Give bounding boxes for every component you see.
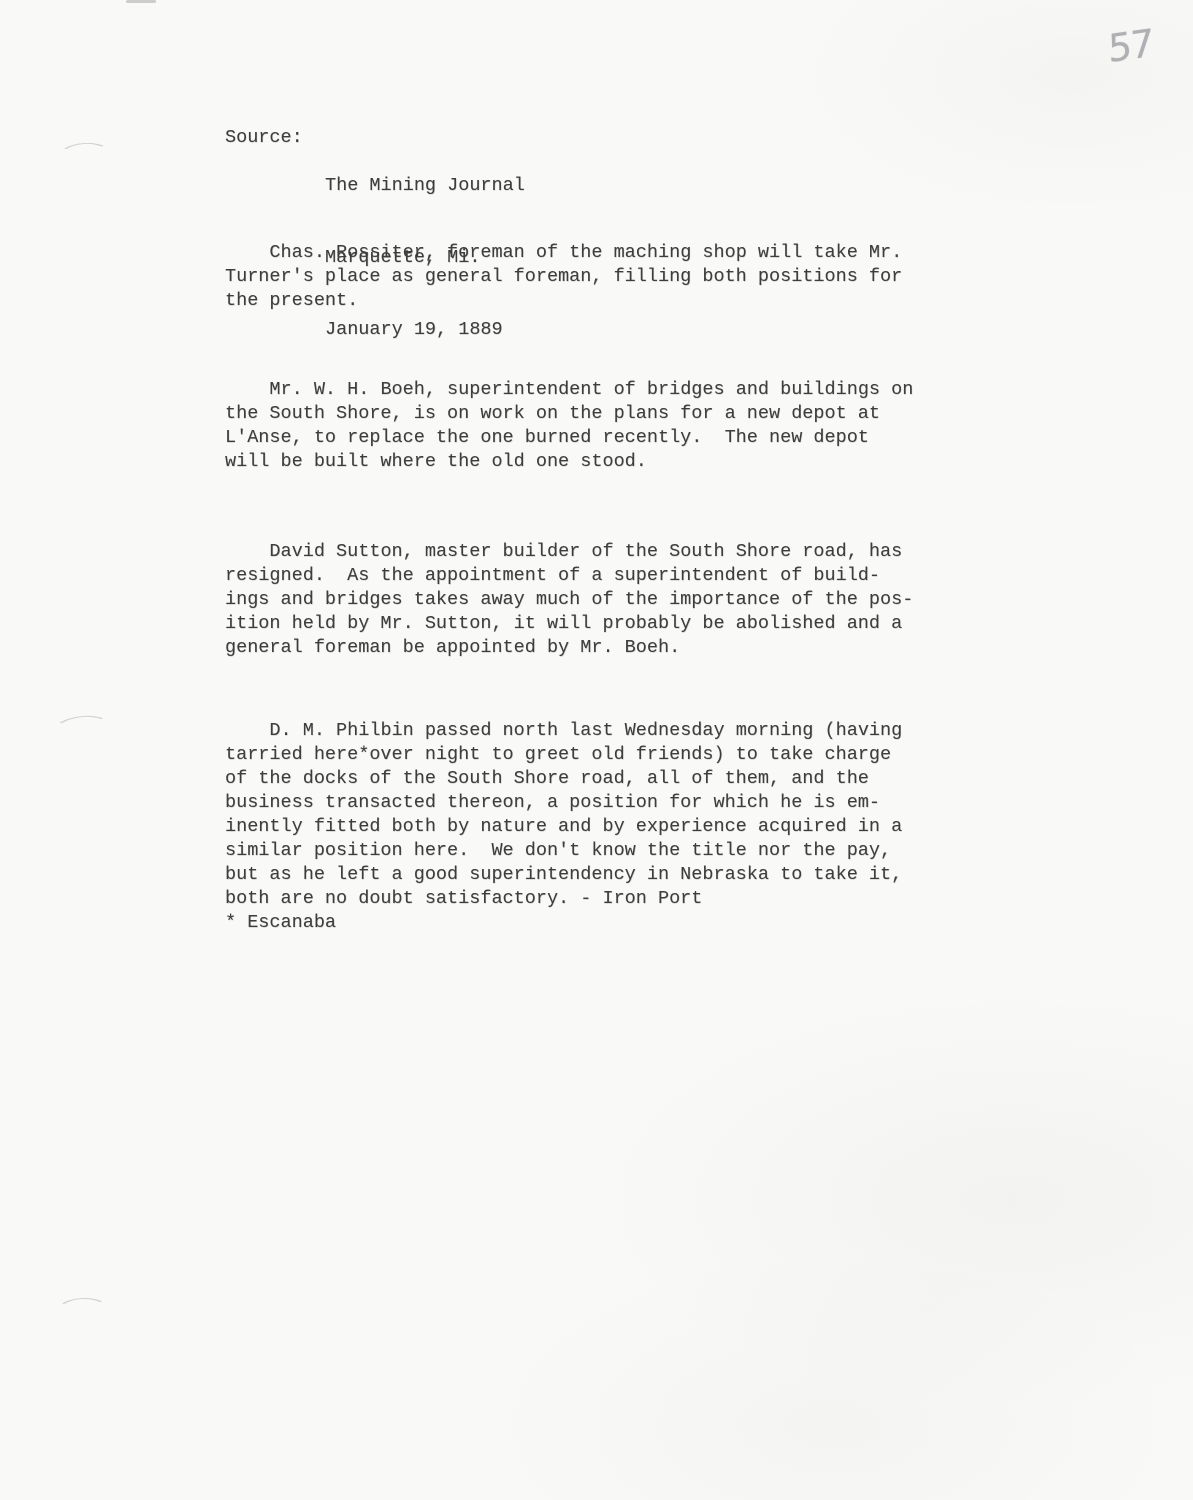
pencil-arc-artifact bbox=[52, 141, 118, 183]
scan-artifact-dash bbox=[126, 0, 156, 3]
paragraph-sutton-resigned: David Sutton, master builder of the Sout… bbox=[225, 540, 935, 660]
source-publication: The Mining Journal bbox=[325, 174, 525, 198]
footnote-escanaba: * Escanaba bbox=[225, 911, 935, 935]
pencil-arc-artifact bbox=[49, 1296, 117, 1341]
paragraph-rossiter: Chas. Rossiter, foreman of the maching s… bbox=[225, 241, 935, 313]
scanned-document-page: 57 Source: The Mining Journal Marquette,… bbox=[0, 0, 1193, 1500]
paragraph-boeh-depot: Mr. W. H. Boeh, superintendent of bridge… bbox=[225, 378, 935, 474]
source-label: Source: bbox=[225, 126, 325, 150]
handwritten-page-number: 57 bbox=[1107, 21, 1152, 71]
source-date: January 19, 1889 bbox=[325, 318, 525, 342]
paragraph-philbin-docks: D. M. Philbin passed north last Wednesda… bbox=[225, 719, 935, 911]
pencil-arc-artifact bbox=[46, 712, 120, 759]
